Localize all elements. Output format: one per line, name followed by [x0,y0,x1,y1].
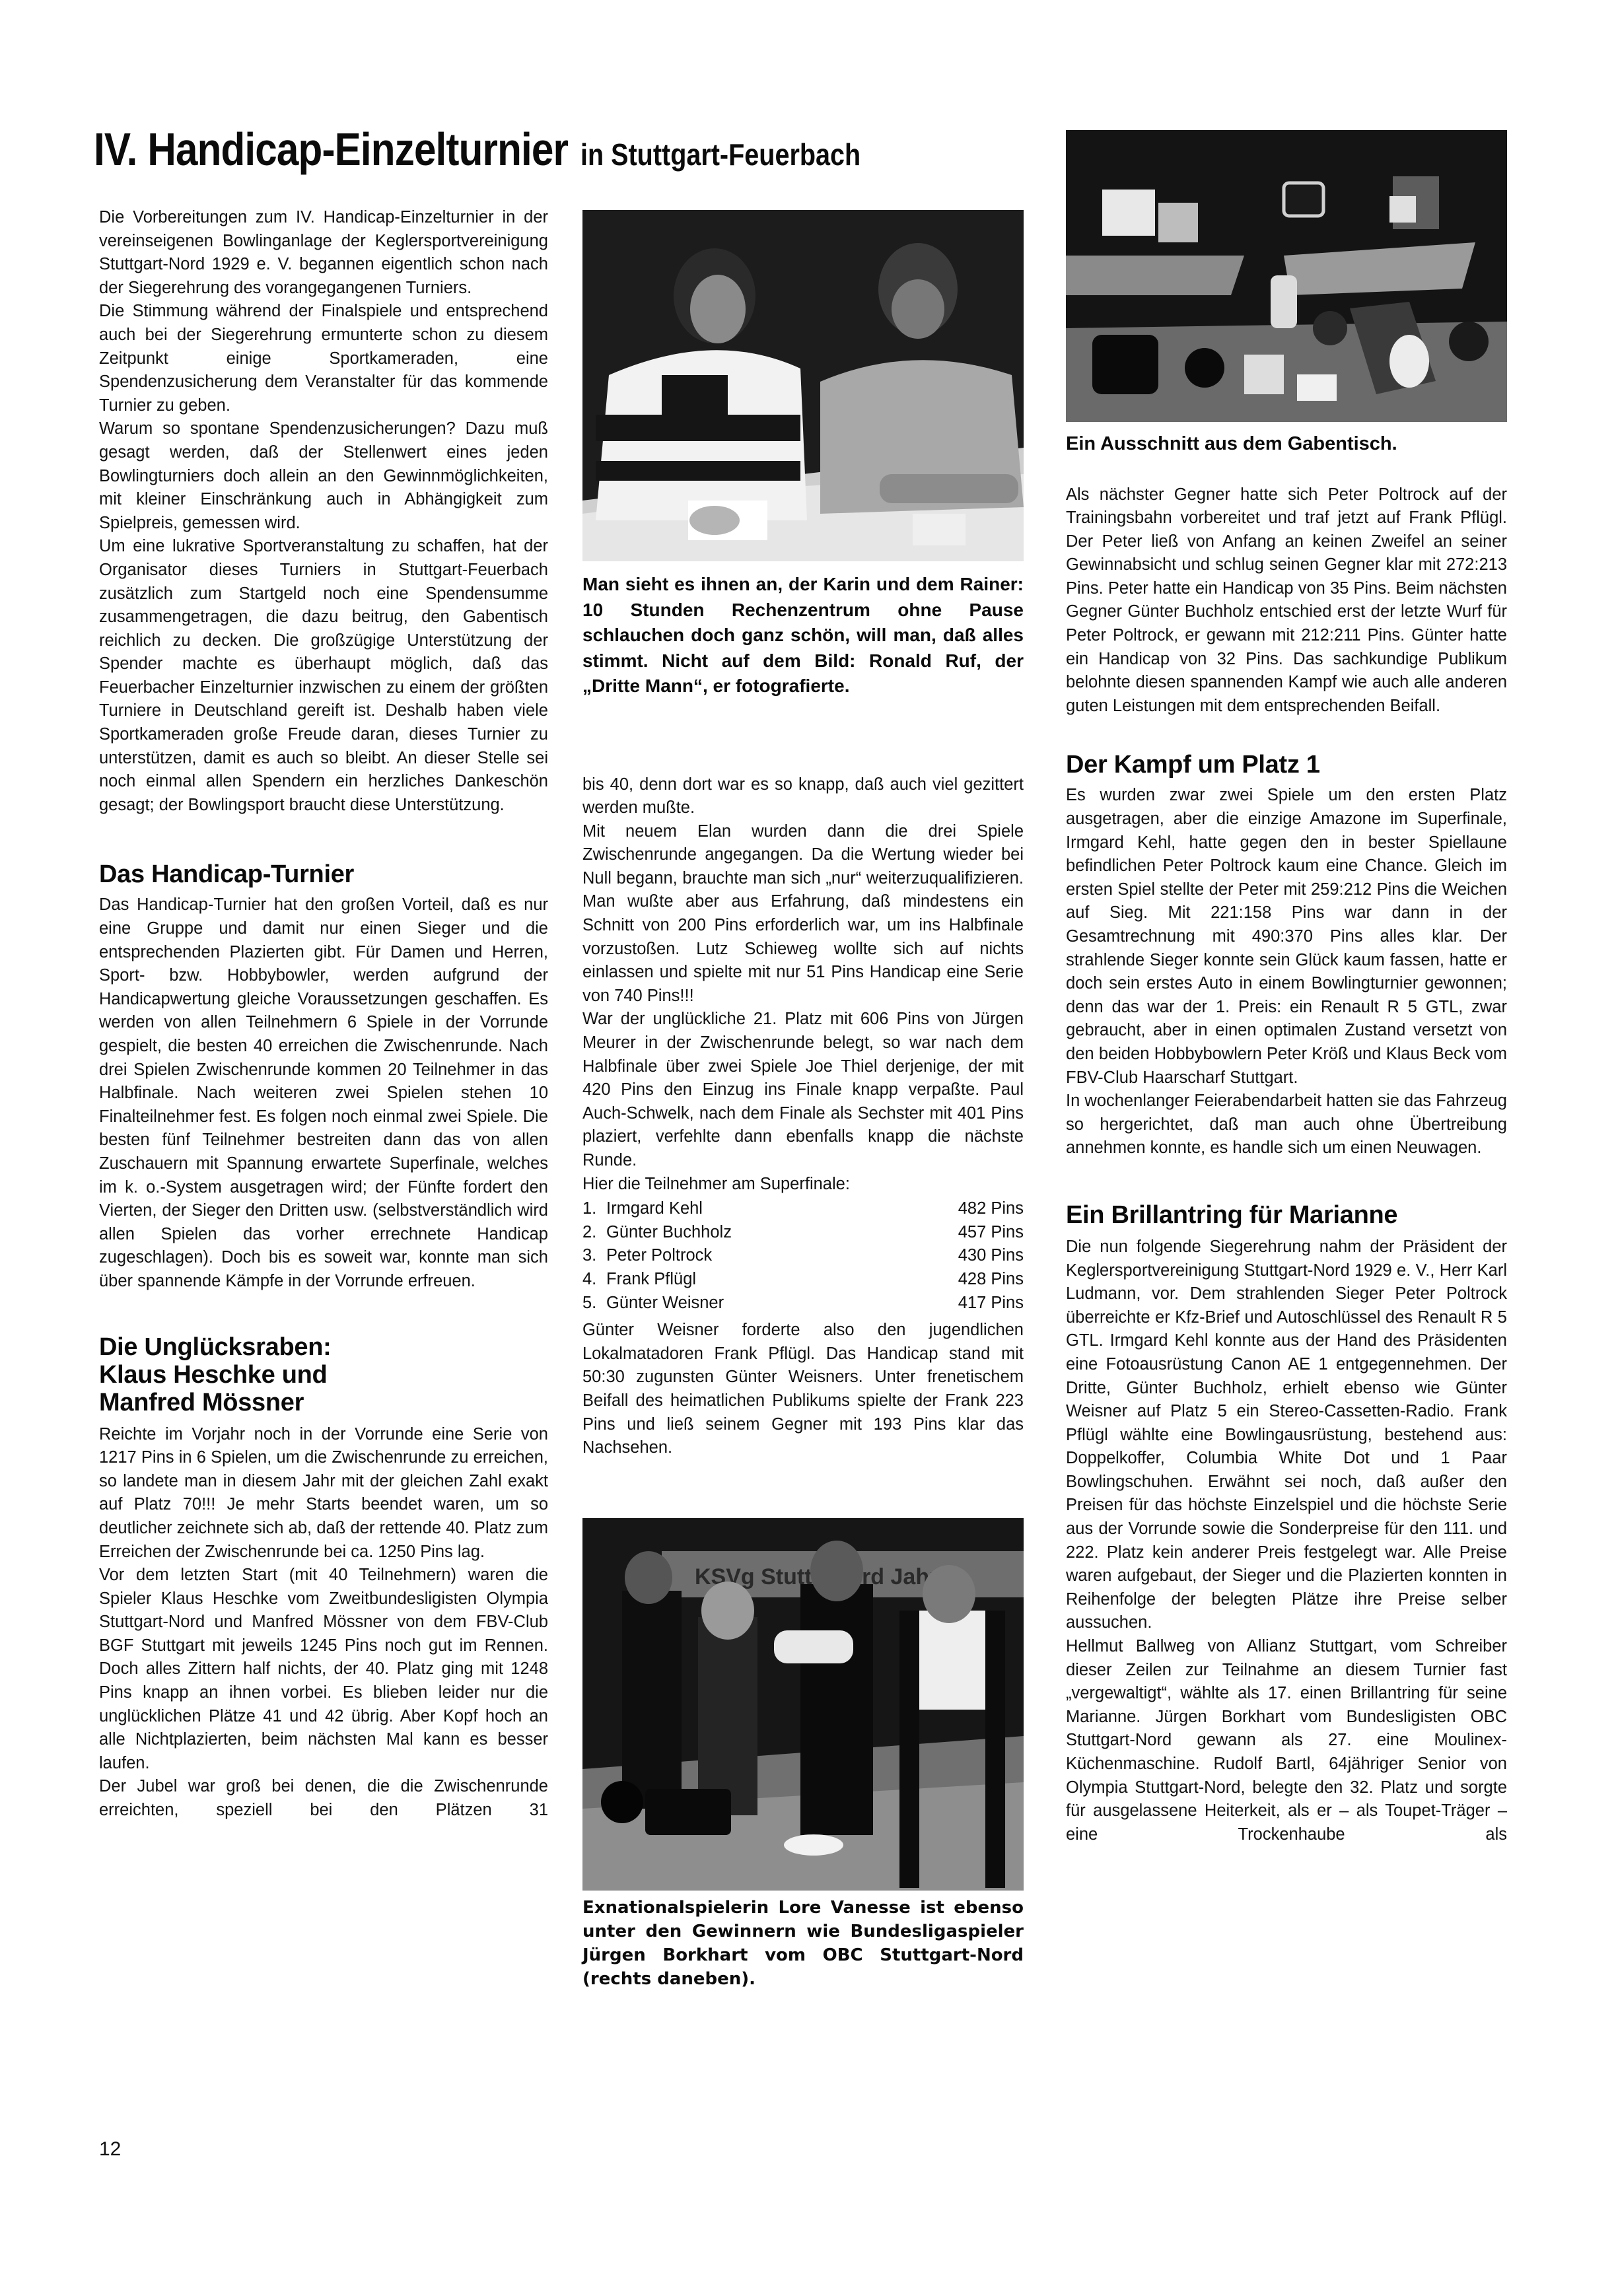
brillantring-paragraph-2: Hellmut Ballweg von Allianz Stuttgart, v… [1066,1635,1507,1846]
result-row: 1.Irmgard Kehl 482 Pins [582,1197,1024,1221]
intro-paragraph-1: Die Vorbereitungen zum IV. Handicap-Einz… [99,206,548,300]
result-pins: 457 Pins [958,1221,1024,1245]
title-main: IV. Handicap-Einzelturnier [94,123,568,175]
right-intro-paragraph: Als nächster Gegner hatte sich Peter Pol… [1066,483,1507,718]
heading-line: Die Unglücksraben: [99,1333,548,1361]
result-name: Irmgard Kehl [606,1199,703,1218]
photo-illustration: KSVg Stuttg Nord Jahre [582,1518,1024,1891]
middle-paragraph-2: Mit neuem Elan wurden dann die drei Spie… [582,820,1024,1008]
result-row: 3.Peter Poltrock 430 Pins [582,1244,1024,1268]
heading-kampf-um-platz-1: Der Kampf um Platz 1 [1066,751,1507,779]
platz1-paragraph-2: In wochenlanger Feierabendarbeit hatten … [1066,1090,1507,1160]
middle-column: Man sieht es ihnen an, der Karin und dem… [582,210,1024,1991]
brillantring-paragraph-1: Die nun folgende Siegerehrung nahm der P… [1066,1235,1507,1635]
result-name: Günter Buchholz [606,1223,732,1241]
superfinale-results: 1.Irmgard Kehl 482 Pins 2.Günter Buchhol… [582,1197,1024,1315]
photo-illustration [1066,130,1507,422]
left-column: Die Vorbereitungen zum IV. Handicap-Einz… [99,206,548,1823]
heading-line: Klaus Heschke und [99,1361,548,1389]
result-pins: 482 Pins [958,1197,1024,1221]
intro-paragraph-3: Warum so spontane Spendenzusicherungen? … [99,417,548,535]
heading-ungluecksraben: Die Unglücksraben: Klaus Heschke und Man… [99,1333,548,1416]
result-rank: 2. [582,1221,606,1245]
result-pins: 417 Pins [958,1292,1024,1315]
result-row: 2.Günter Buchholz 457 Pins [582,1221,1024,1245]
middle-paragraph-1: bis 40, denn dort war es so knapp, daß a… [582,773,1024,820]
superfinale-intro: Hier die Teilnehmer am Superfinale: [582,1173,1024,1197]
ungluecksraben-paragraph-2: Vor dem letzten Start (mit 40 Teilnehmer… [99,1564,548,1775]
caption-lore-vanesse: Exnationalspielerin Lore Vanesse ist ebe… [582,1896,1024,1991]
page-title: IV. Handicap-Einzelturnierin Stuttgart-F… [94,123,861,176]
heading-handicap-turnier: Das Handicap-Turnier [99,860,548,888]
result-row: 4.Frank Pflügl 428 Pins [582,1268,1024,1292]
caption-karin-rainer: Man sieht es ihnen an, der Karin und dem… [582,572,1024,699]
ungluecksraben-paragraph-3: Der Jubel war groß bei denen, die die Zw… [99,1775,548,1822]
result-pins: 430 Pins [958,1244,1024,1268]
result-rank: 5. [582,1292,606,1315]
caption-gabentisch: Ein Ausschnitt aus dem Gabentisch. [1066,431,1507,457]
result-pins: 428 Pins [958,1268,1024,1292]
result-rank: 4. [582,1268,606,1292]
title-sub: in Stuttgart-Feuerbach [580,137,861,172]
result-rank: 3. [582,1244,606,1268]
middle-paragraph-3: War der unglückliche 21. Platz mit 606 P… [582,1008,1024,1172]
ungluecksraben-paragraph-1: Reichte im Vorjahr noch in der Vorrunde … [99,1423,548,1564]
heading-line: Manfred Mössner [99,1389,548,1416]
intro-paragraph-4: Um eine lukrative Sportveranstaltung zu … [99,535,548,817]
result-name: Peter Poltrock [606,1246,712,1265]
photo-karin-rainer [582,210,1024,561]
photo-illustration [582,210,1024,561]
photo-lore-vanesse: KSVg Stuttg Nord Jahre [582,1518,1024,1891]
intro-paragraph-2: Die Stimmung während der Finalspiele und… [99,300,548,417]
after-list-paragraph: Günter Weisner forderte also den jugendl… [582,1319,1024,1460]
result-rank: 1. [582,1197,606,1221]
page-number: 12 [99,2138,121,2161]
result-name: Günter Weisner [606,1294,724,1312]
result-name: Frank Pflügl [606,1270,696,1288]
heading-brillantring: Ein Brillantring für Marianne [1066,1201,1507,1229]
result-row: 5.Günter Weisner 417 Pins [582,1292,1024,1315]
right-column: Ein Ausschnitt aus dem Gabentisch. Als n… [1066,130,1507,1846]
platz1-paragraph-1: Es wurden zwar zwei Spiele um den ersten… [1066,784,1507,1090]
handicap-turnier-paragraph: Das Handicap-Turnier hat den großen Vort… [99,893,548,1293]
photo-gabentisch [1066,130,1507,422]
